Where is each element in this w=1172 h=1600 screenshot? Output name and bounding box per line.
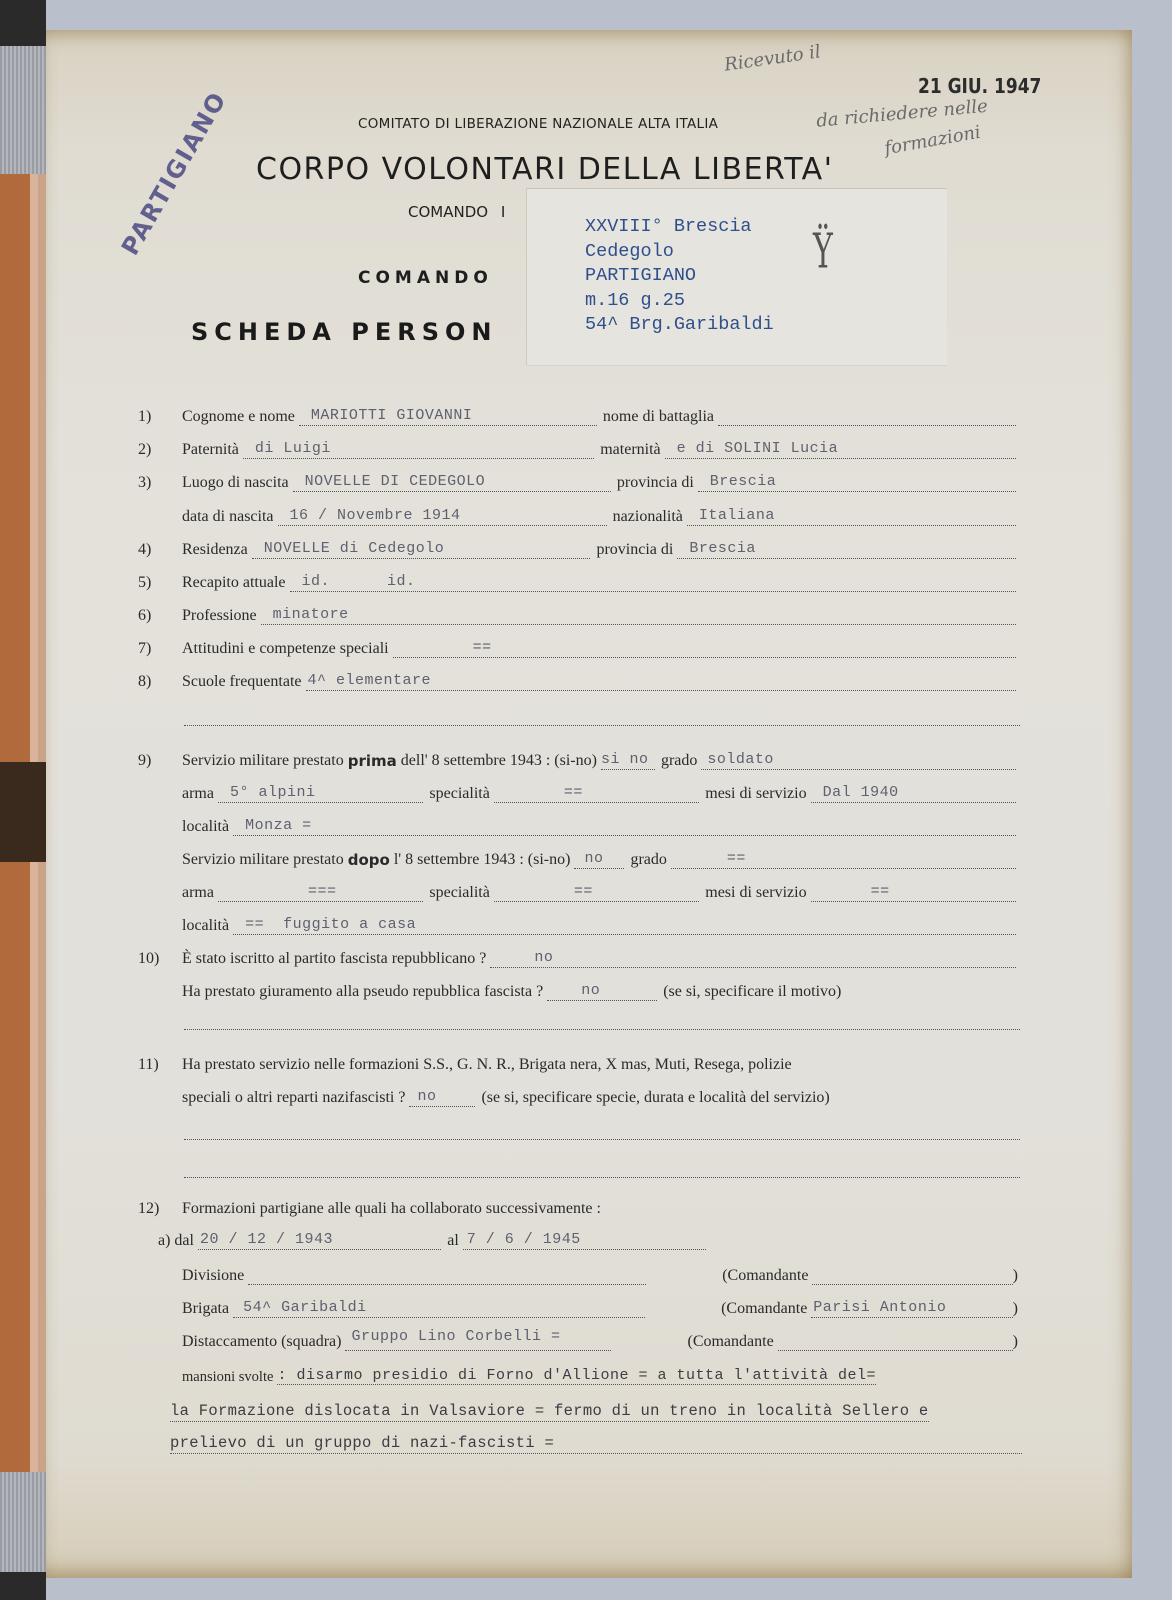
field-row-service-after: Servizio militare prestato dopo l' 8 set… (138, 847, 1022, 869)
schools-extra-line[interactable] (184, 724, 1020, 726)
brigade-commander-field[interactable]: Parisi Antonio (811, 1299, 1012, 1318)
oath-field[interactable]: no (547, 982, 657, 1001)
field-row-birthplace: 3) Luogo di nascita NOVELLE DI CEDEGOLO … (138, 470, 1022, 492)
nazifascist-service-field[interactable]: no (409, 1088, 475, 1107)
surname-name-field[interactable]: MARIOTTI GIOVANNI (299, 407, 597, 426)
handwritten-mark-icon: Ÿ (813, 225, 833, 281)
binder-clip-lower (0, 1572, 46, 1600)
field-row-locality-after: località == fuggito a casa (138, 913, 1022, 935)
field-row-formations-title: 12) Formazioni partigiane alle quali ha … (138, 1196, 1022, 1218)
profession-field[interactable]: minatore (261, 606, 1016, 625)
binder-wood (0, 174, 46, 794)
arm-field[interactable]: 5° alpini (218, 784, 423, 803)
field-row-oath: Ha prestato giuramento alla pseudo repub… (138, 979, 1022, 1001)
service-after-yes-no-field[interactable]: no (574, 850, 624, 869)
nazifascist-detail-line-1[interactable] (184, 1138, 1020, 1140)
field-row-nazifascist-units-2: speciali o altri reparti nazifascisti ? … (138, 1085, 1022, 1107)
field-row-service-before: 9) Servizio militare prestato prima dell… (138, 748, 1022, 770)
detachment-commander-field[interactable] (778, 1332, 1013, 1351)
field-row-parents: 2) Paternità di Luigi maternità e di SOL… (138, 437, 1022, 459)
field-row-arm: arma 5° alpini specialità == mesi di ser… (138, 781, 1022, 803)
header-scheda-personale: SCHEDA PERSON (191, 318, 497, 346)
duties-line-3[interactable]: prelievo di un gruppo di nazi-fascisti = (170, 1434, 1022, 1454)
residence-field[interactable]: NOVELLE di Cedegolo (252, 540, 591, 559)
binder-wood-lower (0, 862, 46, 1472)
handwritten-note: Ricevuto il da richiedere nelle formazio… (724, 50, 821, 68)
attached-label-slip: XXVIII° Brescia Cedegolo PARTIGIANO m.16… (526, 188, 947, 365)
received-date-stamp: 21 GIU. 1947 (918, 74, 1041, 98)
maternity-field[interactable]: e di SOLINI Lucia (665, 440, 1016, 459)
field-row-fascist-party: 10) È stato iscritto al partito fascista… (138, 946, 1022, 968)
field-row-detachment: Distaccamento (squadra) Gruppo Lino Corb… (138, 1329, 1022, 1351)
fascist-party-field[interactable]: no (490, 949, 1016, 968)
field-row-period: a) dal 20 / 12 / 1943 al 7 / 6 / 1945 (138, 1228, 712, 1250)
current-address-field[interactable]: id. id. (290, 573, 1016, 592)
period-from-field[interactable]: 20 / 12 / 1943 (198, 1231, 441, 1250)
field-row-birthdate: data di nascita 16 / Novembre 1914 nazio… (138, 504, 1022, 526)
binder-ribbon-lower (0, 1472, 46, 1572)
header-corps-title: CORPO VOLONTARI DELLA LIBERTA' (256, 152, 833, 187)
duties-field[interactable]: : disarmo presidio di Forno d'Allione = … (277, 1368, 1016, 1386)
binder-clip (0, 0, 46, 46)
oath-reason-line[interactable] (184, 1028, 1020, 1030)
arm-after-field[interactable]: === (218, 883, 423, 902)
field-row-address: 5) Recapito attuale id. id. (138, 570, 1022, 592)
birth-province-field[interactable]: Brescia (698, 473, 1016, 492)
period-to-field[interactable]: 7 / 6 / 1945 (463, 1231, 706, 1250)
header-comando-2: COMANDO (358, 268, 493, 288)
field-row-schools: 8) Scuole frequentate 4^ elementare (138, 669, 1022, 691)
document-page: COMITATO DI LIBERAZIONE NAZIONALE ALTA I… (46, 30, 1132, 1578)
division-field[interactable] (248, 1266, 646, 1285)
partigiano-stamp: PARTIGIANO (116, 86, 232, 260)
field-row-residence: 4) Residenza NOVELLE di Cedegolo provinc… (138, 537, 1022, 559)
field-row-skills: 7) Attitudini e competenze speciali == (138, 636, 1022, 658)
field-row-arm-after: arma === specialità == mesi di servizio … (138, 880, 1022, 902)
specialty-after-field[interactable]: == (494, 883, 699, 902)
header-committee: COMITATO DI LIBERAZIONE NAZIONALE ALTA I… (358, 116, 718, 132)
schools-field[interactable]: 4^ elementare (306, 672, 1017, 691)
brigade-field[interactable]: 54^ Garibaldi (233, 1299, 645, 1318)
locality-after-field[interactable]: == fuggito a casa (233, 916, 1016, 935)
service-months-after-field[interactable]: == (811, 883, 1016, 902)
binder-ribbon (0, 46, 46, 174)
battle-name-field[interactable] (718, 407, 1016, 426)
field-row-nazifascist-units: 11) Ha prestato servizio nelle formazion… (138, 1052, 1022, 1074)
rank-after-field[interactable]: == (671, 850, 1016, 869)
residence-province-field[interactable]: Brescia (677, 540, 1016, 559)
paternity-field[interactable]: di Luigi (243, 440, 594, 459)
service-months-field[interactable]: Dal 1940 (811, 784, 1016, 803)
division-commander-field[interactable] (812, 1266, 1012, 1285)
locality-field[interactable]: Monza = (233, 817, 1016, 836)
binder-band (0, 762, 46, 862)
field-row-name: 1) Cognome e nome MARIOTTI GIOVANNI nome… (138, 404, 1022, 426)
binder-spine (0, 0, 46, 1600)
header-comando: COMANDO I (408, 203, 505, 221)
nationality-field[interactable]: Italiana (687, 507, 1016, 526)
detachment-field[interactable]: Gruppo Lino Corbelli = (345, 1332, 611, 1351)
specialty-field[interactable]: == (494, 784, 699, 803)
field-row-profession: 6) Professione minatore (138, 603, 1022, 625)
duties-line-2[interactable]: la Formazione dislocata in Valsaviore = … (170, 1402, 929, 1422)
service-before-yes-no-field[interactable]: si no (601, 751, 655, 770)
field-row-locality: località Monza = (138, 814, 1022, 836)
rank-field[interactable]: soldato (701, 751, 1016, 770)
skills-field[interactable]: == (393, 639, 1016, 658)
field-row-division: Divisione (Comandante ) (138, 1263, 1022, 1285)
birthdate-field[interactable]: 16 / Novembre 1914 (278, 507, 607, 526)
slip-text: XXVIII° Brescia Cedegolo PARTIGIANO m.16… (585, 215, 774, 338)
birthplace-field[interactable]: NOVELLE DI CEDEGOLO (293, 473, 611, 492)
nazifascist-detail-line-2[interactable] (184, 1176, 1020, 1178)
field-row-duties: mansioni svolte : disarmo presidio di Fo… (138, 1364, 1022, 1386)
field-row-brigade: Brigata 54^ Garibaldi (Comandante Parisi… (138, 1296, 1022, 1318)
